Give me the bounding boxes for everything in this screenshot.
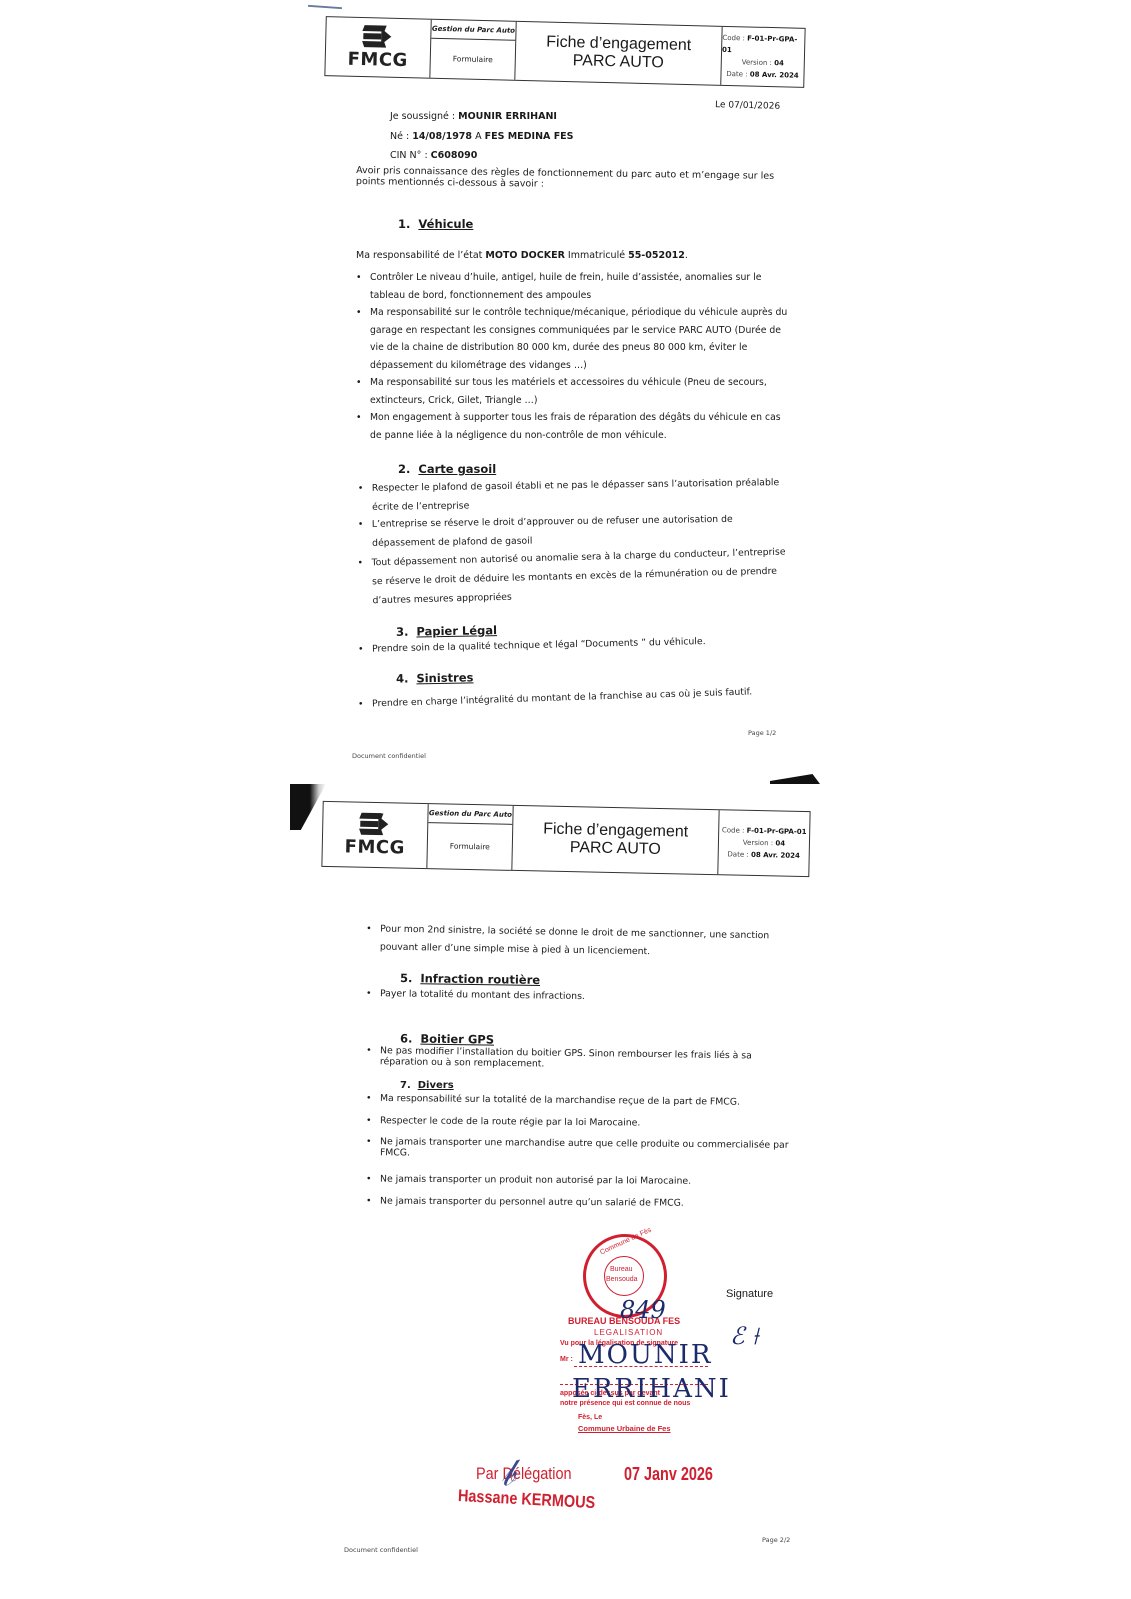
list-item: Payer la totalité du montant des infract… — [366, 985, 795, 1008]
doc-type-label: Formulaire — [430, 39, 515, 80]
code-label: Code : — [722, 34, 745, 43]
stamp-fes-le: Fès, Le — [578, 1414, 602, 1421]
letter-date: Le 07/01/2026 — [715, 97, 781, 116]
title-line-1: Fiche d’engagement — [546, 34, 691, 56]
section-3-heading: 3. Papier Légal — [396, 623, 497, 639]
legalisation-number: 849 — [620, 1296, 666, 1324]
legalisation-date: 07 Janv 2026 — [624, 1464, 713, 1485]
doc-reference: Code : F-01-Pr-GPA-01 Version : 04 Date … — [721, 27, 804, 87]
list-item: Ma responsabilité sur tous les matériels… — [356, 374, 795, 409]
date-label: Date : — [726, 70, 748, 79]
section-title: Véhicule — [418, 217, 473, 231]
version-value: 04 — [774, 59, 784, 67]
signature-label: Signature — [726, 1286, 773, 1304]
vehicle-statement: Ma responsabilité de l’état MOTO DOCKER … — [356, 247, 688, 265]
document-header: FMCG Gestion du Parc Auto Formulaire Fic… — [321, 801, 810, 877]
doc-title: Fiche d’engagement PARC AUTO — [515, 22, 722, 85]
list-item: Ne jamais transporter une marchandise au… — [366, 1136, 795, 1162]
doc-category: Gestion du Parc Auto Formulaire — [427, 804, 513, 870]
page-number: Page 2/2 — [762, 1536, 790, 1544]
soussigne-line: Je soussigné : MOUNIR ERRIHANI — [390, 108, 557, 126]
date-value: 08 Avr. 2024 — [751, 851, 800, 860]
birth-at: A — [475, 131, 482, 142]
company-logo: FMCG — [325, 17, 431, 78]
par-delegation: Par Délégation — [476, 1464, 572, 1484]
section-number: 4. — [396, 671, 409, 685]
list-item: Respecter le code de la route régie par … — [366, 1112, 795, 1133]
section-number: 2. — [398, 462, 410, 476]
employee-name: MOUNIR ERRIHANI — [458, 111, 557, 122]
section-number: 6. — [400, 1031, 413, 1045]
birth-label: Né : — [390, 131, 409, 142]
vehicle-model: MOTO DOCKER — [485, 250, 565, 261]
code-label: Code : — [722, 826, 745, 834]
document-page-2: FMCG Gestion du Parc Auto Formulaire Fic… — [0, 790, 1131, 1599]
section-title: Carte gasoil — [418, 462, 496, 476]
section-title: Papier Légal — [416, 623, 497, 638]
section-1-heading: 1. Véhicule — [398, 217, 473, 231]
document-page-1: FMCG Gestion du Parc Auto Formulaire Fic… — [0, 0, 1131, 790]
employee-signature: ℰ ⟊ — [730, 1322, 758, 1350]
department-label: Gestion du Parc Auto — [431, 20, 515, 41]
department-label: Gestion du Parc Auto — [428, 804, 512, 825]
list-item: Tout dépassement non autorisé ou anomali… — [357, 542, 792, 610]
list-item: Contrôler Le niveau d’huile, antigel, hu… — [356, 269, 795, 304]
birth-place: FES MEDINA FES — [485, 131, 574, 142]
stamp-center-text: Bensouda — [606, 1276, 638, 1283]
section-number: 5. — [400, 971, 413, 985]
list-item: Ne pas modifier l’installation du boitie… — [366, 1045, 795, 1073]
footer-confidential: Document confidentiel — [352, 752, 426, 760]
doc-type-label: Formulaire — [427, 823, 512, 870]
section-5-heading: 5. Infraction routière — [400, 971, 540, 987]
date-label: Date : — [727, 850, 748, 858]
handwritten-first-name: MOUNIR — [578, 1340, 712, 1370]
list-item: Pour mon 2nd sinistre, la société se don… — [366, 920, 796, 962]
soussigne-label: Je soussigné : — [390, 111, 455, 122]
section-number: 1. — [398, 217, 410, 231]
stamp-mr-label: Mr : — [560, 1356, 573, 1363]
vehicle-plate: 55-052012 — [628, 250, 685, 261]
list-item: Ma responsabilité sur la totalité de la … — [366, 1090, 795, 1112]
doc-category: Gestion du Parc Auto Formulaire — [430, 20, 516, 80]
list-item: Ma responsabilité sur le contrôle techni… — [356, 304, 795, 374]
logo-arrow-icon — [360, 812, 390, 835]
title-line-2: PARC AUTO — [573, 52, 664, 72]
cin-line: CIN N° : C608090 — [390, 147, 477, 165]
lead-text: . — [685, 250, 688, 261]
section-title: Divers — [418, 1080, 454, 1091]
birth-line: Né : 14/08/1978 A FES MEDINA FES — [390, 128, 574, 146]
footer-confidential: Document confidentiel — [344, 1546, 418, 1554]
section-number: 3. — [396, 625, 409, 639]
company-logo: FMCG — [322, 802, 428, 868]
list-item: Prendre en charge l’intégralité du monta… — [358, 682, 792, 713]
birth-date: 14/08/1978 — [412, 131, 472, 142]
stamp-legalisation: LEGALISATION — [594, 1328, 663, 1337]
lead-text: Ma responsabilité de l’état — [356, 250, 485, 261]
logo-text: FMCG — [344, 836, 405, 858]
section-2-heading: 2. Carte gasoil — [398, 462, 496, 476]
list-item: Ne jamais transporter un produit non aut… — [366, 1171, 795, 1191]
list-item: Ne jamais transporter du personnel autre… — [366, 1193, 795, 1213]
cin-number: C608090 — [431, 150, 478, 161]
section-4-heading: 4. Sinistres — [396, 670, 474, 685]
section-title: Boitier GPS — [420, 1032, 494, 1047]
stamp-center-text: Bureau — [610, 1266, 633, 1273]
scan-artifact — [308, 5, 342, 9]
doc-title: Fiche d’engagement PARC AUTO — [512, 806, 719, 874]
stamp-commune: Commune Urbaine de Fes — [578, 1424, 671, 1433]
document-header: FMCG Gestion du Parc Auto Formulaire Fic… — [324, 16, 805, 88]
version-value: 04 — [775, 839, 785, 847]
scan-artifact — [290, 784, 326, 830]
code-value: F-01-Pr-GPA-01 — [747, 827, 807, 836]
intro-paragraph: Avoir pris connaissance des règles de fo… — [356, 165, 781, 193]
lead-text: Immatriculé — [565, 250, 628, 261]
section-6-heading: 6. Boitier GPS — [400, 1031, 494, 1046]
handwritten-last-name: ERRIHANI — [572, 1374, 731, 1404]
title-line-1: Fiche d’engagement — [543, 821, 688, 842]
logo-text: FMCG — [347, 48, 408, 70]
section-title: Sinistres — [416, 670, 473, 685]
cin-label: CIN N° : — [390, 150, 428, 161]
logo-arrow-icon — [363, 25, 394, 48]
version-label: Version : — [743, 839, 773, 848]
officer-name: Hassane KERMOUS — [457, 1486, 595, 1513]
page-number: Page 1/2 — [748, 729, 776, 737]
section-title: Infraction routière — [420, 971, 540, 987]
date-value: 08 Avr. 2024 — [750, 71, 799, 80]
version-label: Version : — [742, 58, 773, 67]
list-item: Mon engagement à supporter tous les frai… — [356, 409, 795, 444]
title-line-2: PARC AUTO — [570, 839, 661, 859]
doc-reference: Code : F-01-Pr-GPA-01 Version : 04 Date … — [718, 810, 809, 876]
